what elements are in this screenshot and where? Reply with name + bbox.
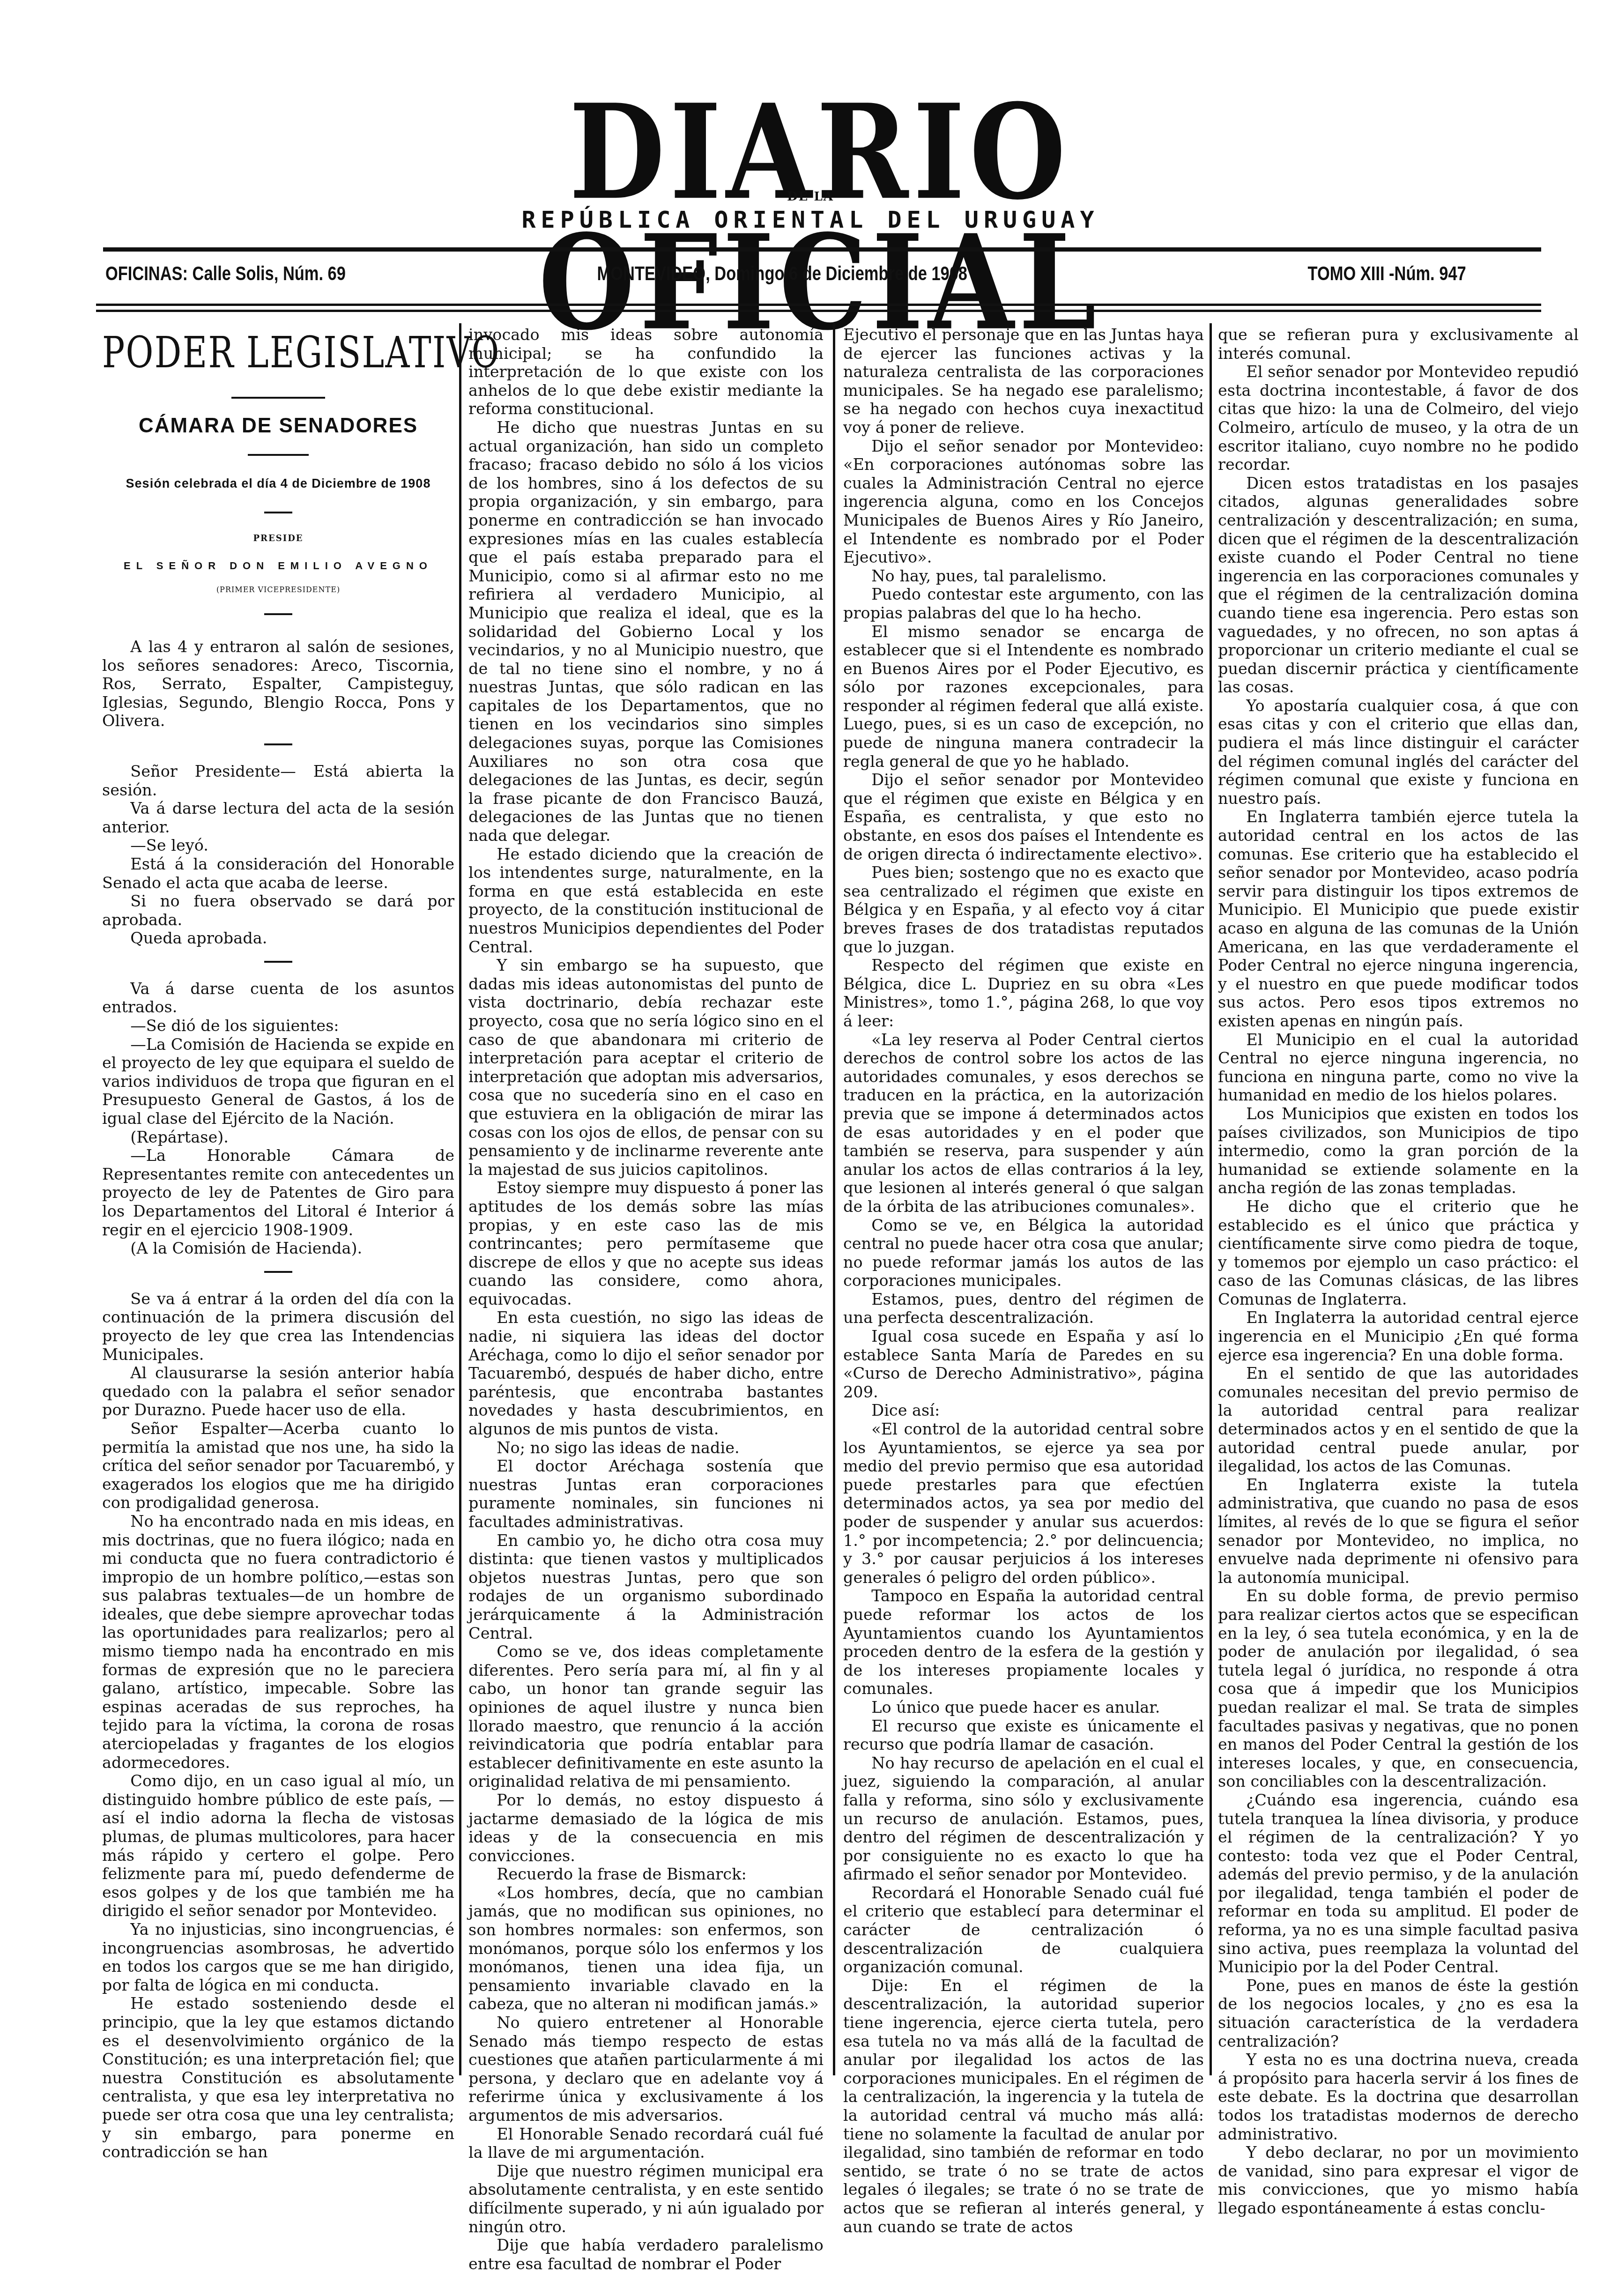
paragraph: —La Honorable Cámara de Representantes r… (102, 1146, 454, 1239)
paragraph: Está á la consideración del Honorable Se… (102, 855, 454, 892)
paragraph: Y sin embargo se ha supuesto, que dadas … (468, 956, 824, 1179)
paragraph: Dije que había verdadero paralelismo ent… (468, 2236, 824, 2273)
paragraph: En su doble forma, de previo permiso par… (1218, 1587, 1579, 1791)
paragraph: Puedo contestar este argumento, con las … (843, 585, 1204, 622)
dateline: MONTEVIDEO, Domingo 6 de Diciembre de 19… (597, 262, 967, 285)
paragraph: No ha encontrado nada en mis ideas, en m… (102, 1512, 454, 1772)
paragraph: He estado sosteniendo desde el principio… (102, 1994, 454, 2161)
paragraph: «El control de la autoridad central sobr… (843, 1420, 1204, 1587)
paragraph: El señor senador por Montevideo repudió … (1218, 363, 1579, 474)
paragraph: Dije que nuestro régimen municipal era a… (468, 2162, 824, 2236)
paragraph: Dicen estos tratadistas en los pasajes c… (1218, 474, 1579, 697)
paragraph: Y debo declarar, no por un movimiento de… (1218, 2143, 1579, 2217)
president-name: EL SEÑOR DON EMILIO AVEGNO (102, 557, 454, 575)
paragraph: Ya no injusticias, sino incongruencias, … (102, 1920, 454, 1994)
divider (264, 1271, 292, 1273)
section-title: PODER LEGISLATIVO (102, 331, 377, 374)
divider (264, 613, 292, 615)
paragraph: En Inglaterra la autoridad central ejerc… (1218, 1308, 1579, 1364)
paragraph: Pone, pues en manos de éste la gestión d… (1218, 1976, 1579, 2051)
paragraph: invocado mis ideas sobre autonomía munic… (468, 326, 824, 418)
preside-label: PRESIDE (102, 529, 454, 548)
column-rule-1 (459, 323, 461, 2075)
paragraph: Dijo el señor senador por Montevideo: «E… (843, 437, 1204, 567)
paragraph: Respecto del régimen que existe en Bélgi… (843, 956, 1204, 1030)
divider (264, 743, 292, 745)
paragraph: Pues bien; sostengo que no es exacto que… (843, 863, 1204, 956)
masthead-rule-top (103, 247, 1541, 252)
paragraph: En esta cuestión, no sigo las ideas de n… (468, 1308, 824, 1438)
paragraph: Dijo el señor senador por Montevideo que… (843, 771, 1204, 863)
paragraph: Y esta no es una doctrina nueva, creada … (1218, 2051, 1579, 2143)
article-column-2: invocado mis ideas sobre autonomía munic… (468, 326, 824, 2273)
paragraph: El recurso que existe es únicamente el r… (843, 1717, 1204, 1754)
paragraph: Va á darse cuenta de los asuntos entrado… (102, 980, 454, 1017)
paragraph: Los Municipios que existen en todos los … (1218, 1105, 1579, 1197)
paragraph: Dije: En el régimen de la descentralizac… (843, 1976, 1204, 2236)
divider (264, 512, 292, 513)
paragraph: Al clausurarse la sesión anterior había … (102, 1364, 454, 1419)
paragraph: Recuerdo la frase de Bismarck: (468, 1865, 824, 1884)
paragraph: He dicho que el criterio que he establec… (1218, 1197, 1579, 1309)
issue-number: TOMO XIII -Núm. 947 (1308, 262, 1466, 285)
paragraph: Si no fuera observado se dará por aproba… (102, 892, 454, 929)
paragraph: El doctor Aréchaga sostenía que nuestras… (468, 1457, 824, 1531)
paragraph: Estoy siempre muy dispuesto á poner las … (468, 1179, 824, 1308)
paragraph: Tampoco en España la autoridad central p… (843, 1587, 1204, 1698)
paragraph: No quiero entretener al Honorable Senado… (468, 2014, 824, 2125)
masthead-subtitle: REPÚBLICA ORIENTAL DEL URUGUAY (478, 206, 1143, 233)
paragraph: Ejecutivo el personaje que en las Juntas… (843, 326, 1204, 437)
paragraph: —Se dió de los siguientes: (102, 1017, 454, 1035)
paragraph: Señor Espalter—Acerba cuanto lo permitía… (102, 1419, 454, 1512)
masthead-rule-bottom-2 (96, 310, 1541, 312)
paragraph: El mismo senador se encarga de establece… (843, 623, 1204, 771)
paragraph: «Los hombres, decía, que no cambian jamá… (468, 1884, 824, 2014)
paragraph: Como dijo, en un caso igual al mío, un d… (102, 1772, 454, 1920)
paragraph: A las 4 y entraron al salón de sesiones,… (102, 638, 454, 730)
paragraph: Dice así: (843, 1401, 1204, 1420)
paragraph: Se va á entrar á la orden del día con la… (102, 1290, 454, 1364)
divider (264, 961, 292, 963)
paragraph: He dicho que nuestras Juntas en su actua… (468, 418, 824, 845)
president-role: (PRIMER VICEPRESIDENTE) (102, 580, 454, 599)
paragraph: Va á darse lectura del acta de la sesión… (102, 799, 454, 836)
paragraph: He estado diciendo que la creación de lo… (468, 845, 824, 957)
paragraph: En el sentido de que las autoridades com… (1218, 1364, 1579, 1476)
paragraph: Recordará el Honorable Senado cuál fué e… (843, 1884, 1204, 1976)
paragraph: Señor Presidente— Está abierta la sesión… (102, 762, 454, 799)
paragraph: ¿Cuándo esa ingerencia, cuándo esa tutel… (1218, 1791, 1579, 1976)
info-bar: OFICINAS: Calle Solis, Núm. 69 MONTEVIDE… (105, 262, 1277, 290)
paragraph: En Inglaterra también ejerce tutela la a… (1218, 808, 1579, 1030)
divider (248, 454, 309, 456)
paragraph: (A la Comisión de Hacienda). (102, 1239, 454, 1258)
divider (231, 397, 325, 399)
paragraph: En Inglaterra existe la tutela administr… (1218, 1476, 1579, 1587)
article-column-4: que se refieran pura y exclusivamente al… (1218, 326, 1579, 2218)
masthead-rule-bottom-1 (96, 304, 1541, 306)
paragraph: El Honorable Senado recordará cuál fué l… (468, 2125, 824, 2162)
masthead-de-la: DE LA (768, 190, 853, 204)
paragraph: (Repártase). (102, 1128, 454, 1147)
article-column-3: Ejecutivo el personaje que en las Juntas… (843, 326, 1204, 2236)
paragraph: Igual cosa sucede en España y así lo est… (843, 1327, 1204, 1401)
paragraph: Como se ve, en Bélgica la autoridad cent… (843, 1216, 1204, 1290)
paragraph: Lo único que puede hacer es anular. (843, 1698, 1204, 1717)
paragraph: que se refieran pura y exclusivamente al… (1218, 326, 1579, 363)
paragraph: «La ley reserva al Poder Central ciertos… (843, 1031, 1204, 1216)
paragraph: No; no sigo las ideas de nadie. (468, 1439, 824, 1457)
paragraph: Por lo demás, no estoy dispuesto á jacta… (468, 1791, 824, 1865)
session-date: Sesión celebrada el día 4 de Diciembre d… (102, 475, 454, 493)
paragraph: —La Comisión de Hacienda se expide en el… (102, 1035, 454, 1128)
offices-address: OFICINAS: Calle Solis, Núm. 69 (105, 262, 346, 285)
paragraph: —Se leyó. (102, 836, 454, 855)
column-rule-3 (1210, 323, 1212, 2075)
article-column-1: PODER LEGISLATIVO CÁMARA DE SENADORES Se… (102, 326, 454, 2162)
paragraph: Como se ve, dos ideas completamente dife… (468, 1642, 824, 1791)
paragraph: Estamos, pues, dentro del régimen de una… (843, 1290, 1204, 1327)
paragraph: No hay, pues, tal paralelismo. (843, 567, 1204, 586)
column-rule-2 (833, 323, 835, 2075)
paragraph: No hay recurso de apelación en el cual e… (843, 1754, 1204, 1884)
paragraph: Yo apostaría cualquier cosa, á que con e… (1218, 697, 1579, 808)
paragraph: El Municipio en el cual la autoridad Cen… (1218, 1031, 1579, 1105)
paragraph: Queda aprobada. (102, 929, 454, 948)
paragraph: En cambio yo, he dicho otra cosa muy dis… (468, 1531, 824, 1643)
chamber-heading: CÁMARA DE SENADORES (102, 416, 454, 435)
